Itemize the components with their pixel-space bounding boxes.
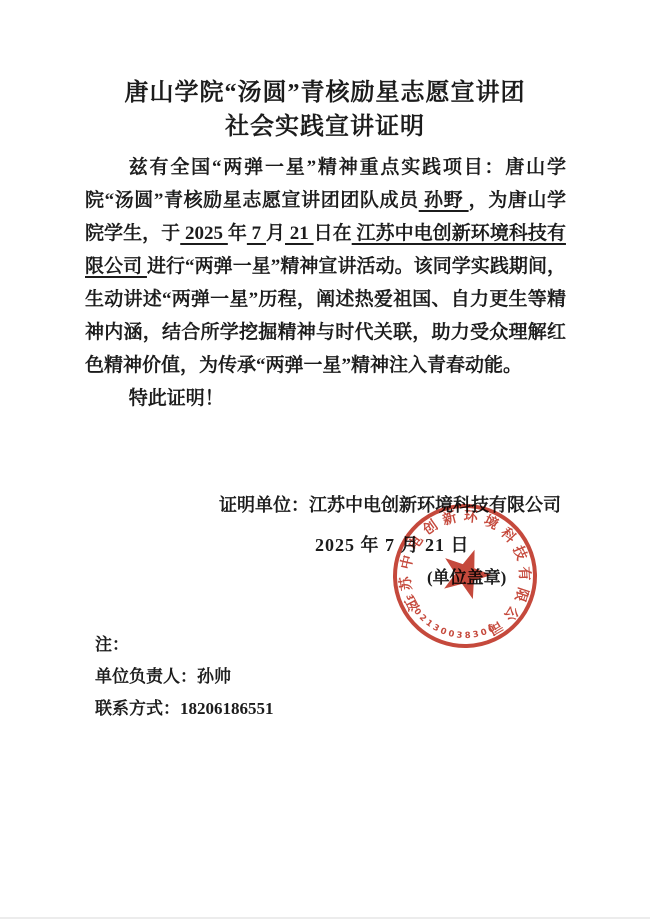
title-line-1: 唐山学院“汤圆”青核励星志愿宣讲团: [0, 76, 650, 110]
filled-blank: 7: [247, 223, 266, 244]
document-title: 唐山学院“汤圆”青核励星志愿宣讲团 社会实践宣讲证明: [0, 76, 650, 144]
filled-blank: 孙野: [419, 190, 469, 211]
body-text-segment: 日在: [314, 223, 352, 244]
certificate-body: 兹有全国“两弹一星”精神重点实践项目：唐山学院“汤圆”青核励星志愿宣讲团团队成员…: [85, 151, 566, 415]
body-text-segment: 年: [228, 223, 247, 244]
note-label: 注：: [95, 636, 274, 654]
company-seal-stamp: 江苏中电创新环境科技有限公司 3202130038300: [375, 486, 555, 666]
closing-line: 特此证明！: [85, 382, 566, 415]
contact-line: 联系方式：18206186551: [95, 700, 274, 718]
title-line-2: 社会实践宣讲证明: [0, 110, 650, 144]
seal-star-icon: [435, 541, 498, 602]
body-text-segment: 月: [266, 223, 285, 244]
body-text-segment: 进行“两弹一星”精神宣讲活动。该同学实践期间，生动讲述“两弹一星”历程，阐述热爱…: [85, 256, 566, 376]
manager-line: 单位负责人：孙帅: [95, 668, 274, 686]
certificate-page: 唐山学院“汤圆”青核励星志愿宣讲团 社会实践宣讲证明 兹有全国“两弹一星”精神重…: [0, 0, 650, 919]
filled-blank: 21: [285, 223, 314, 244]
filled-blank: 2025: [180, 223, 228, 244]
main-paragraph: 兹有全国“两弹一星”精神重点实践项目：唐山学院“汤圆”青核励星志愿宣讲团团队成员…: [85, 151, 566, 382]
notes-section: 注： 单位负责人：孙帅 联系方式：18206186551: [95, 636, 274, 732]
